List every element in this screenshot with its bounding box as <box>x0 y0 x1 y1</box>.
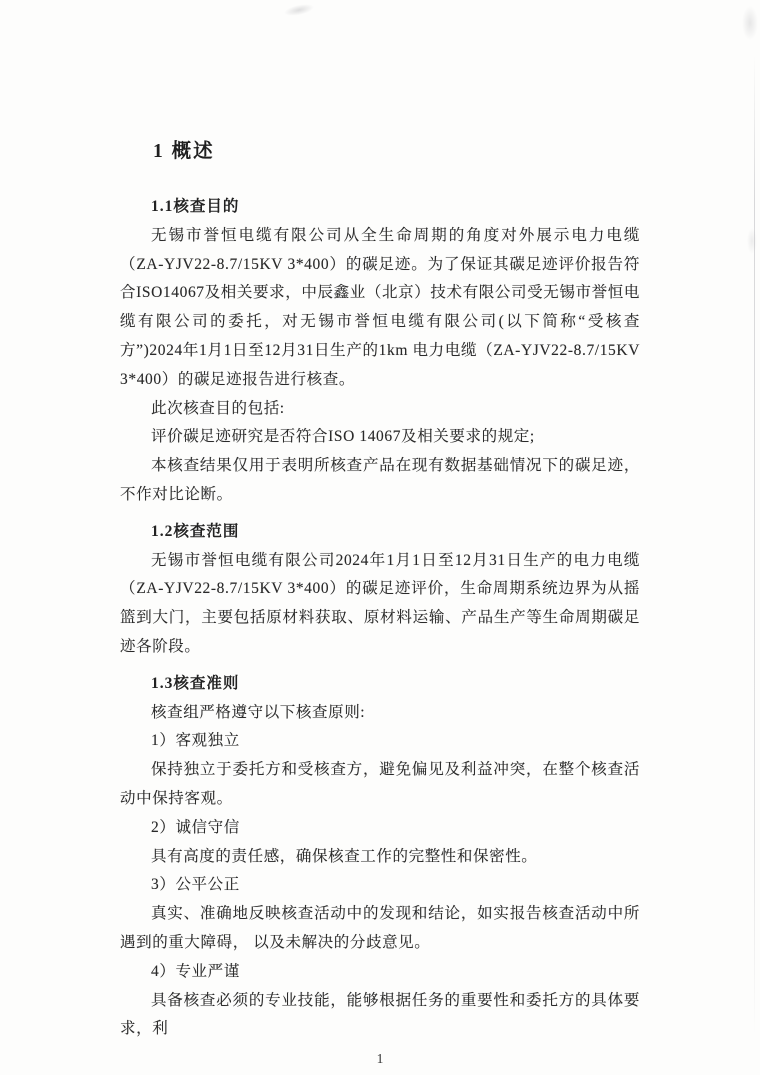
paragraph: 无锡市誉恒电缆有限公司2024年1月1日至12月31日生产的电力电缆（ZA-YJ… <box>120 547 640 662</box>
scan-smudge-artifact <box>747 228 757 254</box>
paragraph: 无锡市誉恒电缆有限公司从全生命周期的角度对外展示电力电缆（ZA-YJV22-8.… <box>120 222 640 395</box>
paragraph: 此次核查目的包括: <box>120 395 640 424</box>
document-page: 1 概述 1.1核查目的无锡市誉恒电缆有限公司从全生命周期的角度对外展示电力电缆… <box>0 0 760 1075</box>
paragraph: 核查组严格遵守以下核查原则: <box>120 699 640 728</box>
scan-edge-line <box>754 55 755 1035</box>
paragraph: 保持独立于委托方和受核查方，避免偏见及利益冲突，在整个核查活动中保持客观。 <box>120 756 640 814</box>
section-heading: 1.2核查范围 <box>120 518 640 547</box>
paragraph: 1）客观独立 <box>120 727 640 756</box>
section-heading: 1.3核查准则 <box>120 670 640 699</box>
paragraph: 具备核查必须的专业技能，能够根据任务的重要性和委托方的具体要求，利 <box>120 987 640 1045</box>
paragraph: 评价碳足迹研究是否符合ISO 14067及相关要求的规定; <box>120 423 640 452</box>
chapter-heading: 1 概述 <box>120 140 640 164</box>
document-body: 1.1核查目的无锡市誉恒电缆有限公司从全生命周期的角度对外展示电力电缆（ZA-Y… <box>120 193 640 1044</box>
paragraph: 3）公平公正 <box>120 871 640 900</box>
paragraph: 具有高度的责任感，确保核查工作的完整性和保密性。 <box>120 843 640 872</box>
paragraph: 2）诚信守信 <box>120 814 640 843</box>
paragraph: 本核查结果仅用于表明所核查产品在现有数据基础情况下的碳足迹，不作对比论断。 <box>120 452 640 510</box>
section-heading: 1.1核查目的 <box>120 193 640 222</box>
page-number: 1 <box>120 1050 640 1068</box>
scan-smudge-artifact <box>742 6 758 40</box>
paragraph: 真实、准确地反映核查活动中的发现和结论，如实报告核查活动中所遇到的重大障碍， 以… <box>120 900 640 958</box>
scan-smudge-artifact <box>283 2 314 18</box>
paragraph: 4）专业严谨 <box>120 958 640 987</box>
